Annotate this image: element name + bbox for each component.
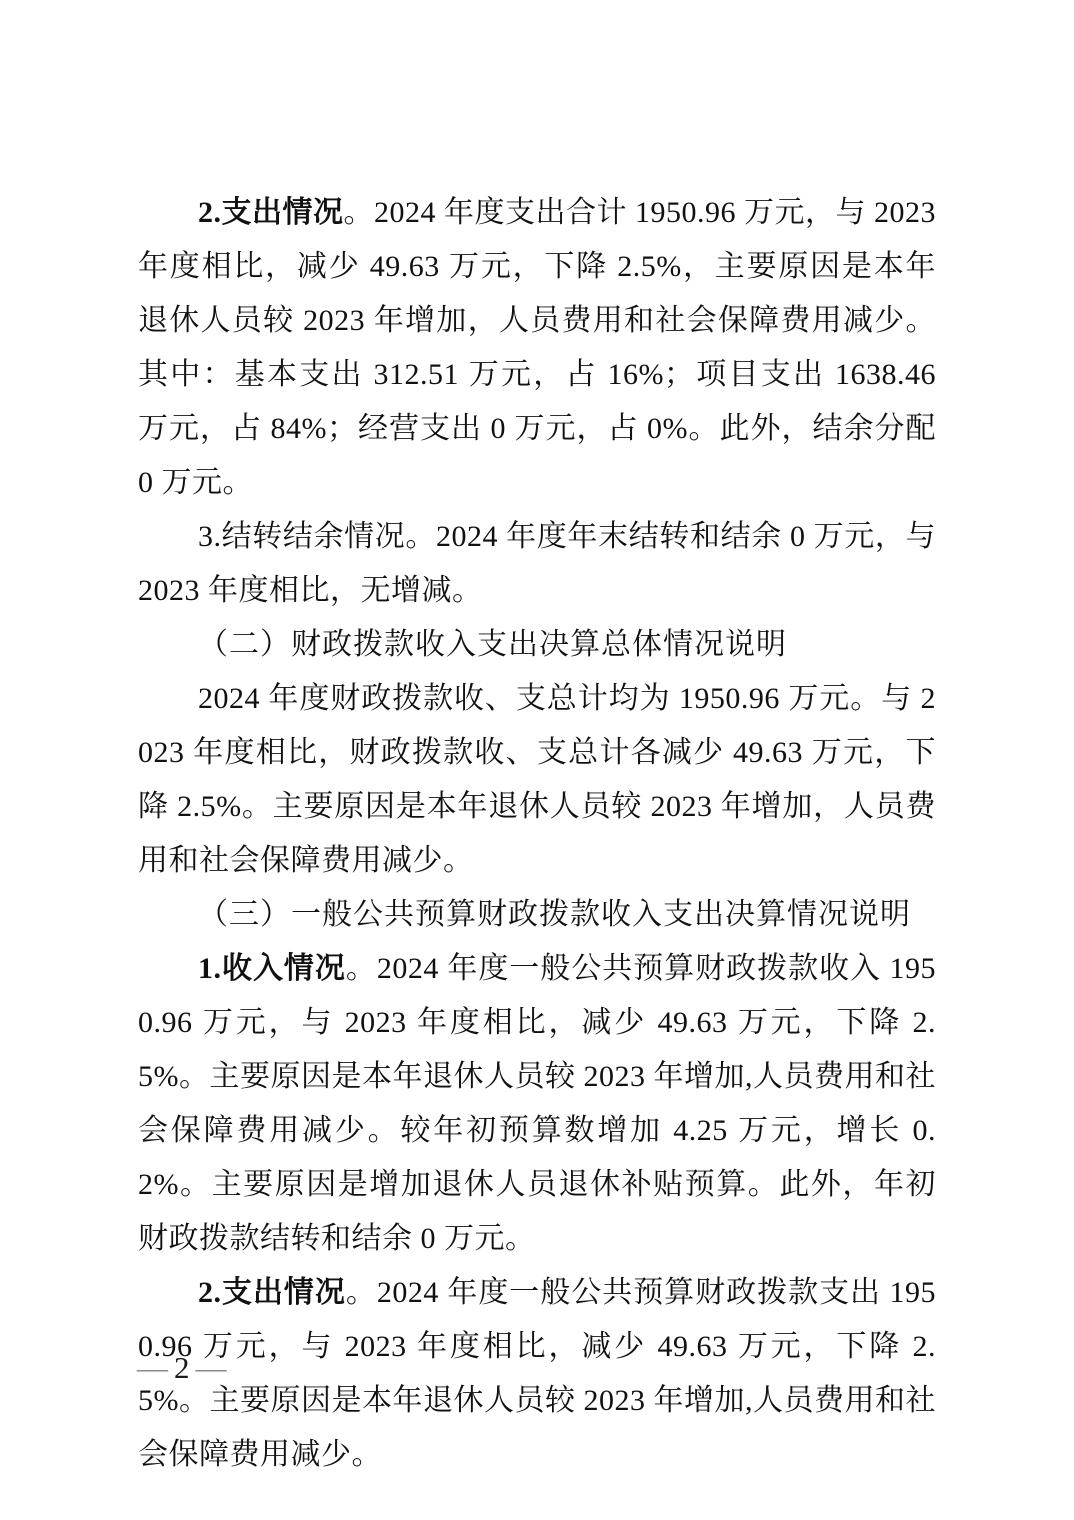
para-text: 。2024 年度一般公共预算财政拨款收入 1950.96 万元，与 2023 年… [138, 952, 936, 1255]
para-carryover-situation: 3.结转结余情况。2024 年度年末结转和结余 0 万元，与 2023 年度相比… [138, 510, 936, 618]
para-bold-lead: 2.支出情况 [198, 1276, 346, 1309]
page-number-dash-left: — [137, 1350, 168, 1385]
para-general-budget-income: 1.收入情况。2024 年度一般公共预算财政拨款收入 1950.96 万元，与 … [138, 942, 936, 1266]
para-general-budget-expenditure: 2.支出情况。2024 年度一般公共预算财政拨款支出 1950.96 万元，与 … [138, 1266, 936, 1482]
heading-text: （三）一般公共预算财政拨款收入支出决算情况说明 [198, 898, 911, 931]
para-bold-lead: 1.收入情况 [198, 952, 346, 985]
para-expenditure-situation: 2.支出情况。2024 年度支出合计 1950.96 万元，与 2023 年度相… [138, 186, 936, 510]
page-number: —2— [137, 1348, 227, 1388]
document-page: 2.支出情况。2024 年度支出合计 1950.96 万元，与 2023 年度相… [0, 0, 1074, 1520]
page-number-value: 2 [168, 1350, 196, 1385]
para-fiscal-appropriation-total: 2024 年度财政拨款收、支总计均为 1950.96 万元。与 2023 年度相… [138, 672, 936, 888]
heading-general-public-budget: （三）一般公共预算财政拨款收入支出决算情况说明 [138, 888, 936, 942]
para-text: 3.结转结余情况。2024 年度年末结转和结余 0 万元，与 2023 年度相比… [138, 520, 936, 607]
para-text: 。2024 年度支出合计 1950.96 万元，与 2023 年度相比，减少 4… [138, 196, 936, 499]
page-number-dash-right: — [196, 1350, 227, 1385]
para-text: 2024 年度财政拨款收、支总计均为 1950.96 万元。与 2023 年度相… [138, 682, 936, 877]
heading-text: （二）财政拨款收入支出决算总体情况说明 [198, 628, 787, 661]
para-bold-lead: 2.支出情况 [198, 196, 344, 229]
heading-fiscal-appropriation-overview: （二）财政拨款收入支出决算总体情况说明 [138, 618, 936, 672]
document-body: 2.支出情况。2024 年度支出合计 1950.96 万元，与 2023 年度相… [138, 186, 936, 1482]
